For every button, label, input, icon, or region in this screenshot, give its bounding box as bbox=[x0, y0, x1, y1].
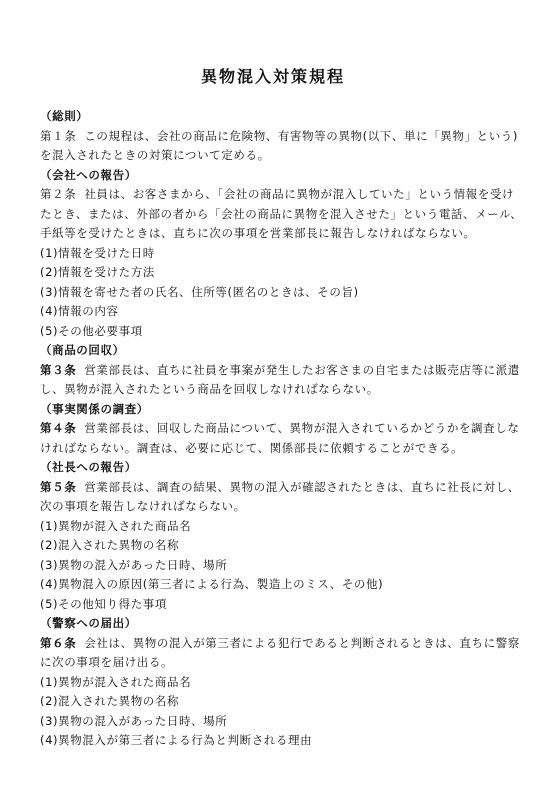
article-text-line: 次の事項を報告しなければならない。 bbox=[40, 497, 510, 517]
article-text-line: ければならない。調査は、必要に応じて、関係部長に依頼することができる。 bbox=[40, 439, 510, 459]
list-item: (2)混入された異物の名称 bbox=[40, 692, 510, 712]
article-section: （事実関係の調査）第４条営業部長は、回収した商品について、異物が混入されているか… bbox=[40, 400, 510, 459]
article-number: 第４条 bbox=[40, 419, 76, 439]
article-text: 手紙等を受けたときは、直ちに次の事項を営業部長に報告しなければならない。 bbox=[40, 226, 476, 240]
list-item: (1)異物が混入された商品名 bbox=[40, 517, 510, 537]
article-text: 営業部長は、回収した商品について、異物が混入されているかどうかを調査しな bbox=[84, 421, 519, 435]
list-item: (2)情報を受けた方法 bbox=[40, 263, 510, 283]
list-item: (2)混入された異物の名称 bbox=[40, 536, 510, 556]
article-text: 社員は、お客さまから、「会社の商品に異物が混入していた」という情報を受け bbox=[84, 187, 514, 201]
article-section: （商品の回収）第３条営業部長は、直ちに社員を事案が発生したお客さまの自宅または販… bbox=[40, 341, 510, 400]
article-text: 営業部長は、調査の結果、異物の混入が確認されたときは、直ちに社長に対し、 bbox=[84, 480, 520, 494]
list-item: (4)情報の内容 bbox=[40, 302, 510, 322]
list-item: (3)異物の混入があった日時、場所 bbox=[40, 556, 510, 576]
article-text: たとき、または、外部の者から「会社の商品に異物を混入させた」という電話、メール、 bbox=[40, 207, 522, 221]
article-heading: （総則） bbox=[40, 107, 510, 127]
article-text-line: を混入されたときの対策について定める。 bbox=[40, 146, 510, 166]
article-first-line: 第１条この規程は、会社の商品に危険物、有害物等の異物(以下、単に「異物」という) bbox=[40, 127, 510, 147]
article-text-line: し、異物が混入されたという商品を回収しなければならない。 bbox=[40, 380, 510, 400]
article-text: 次の事項を報告しなければならない。 bbox=[40, 499, 246, 513]
article-first-line: 第３条営業部長は、直ちに社員を事案が発生したお客さまの自宅または販売店等に派遣 bbox=[40, 361, 510, 381]
article-section: （警察への届出）第６条会社は、異物の混入が第三者による犯行であると判断されるとき… bbox=[40, 614, 510, 751]
list-item: (5)その他必要事項 bbox=[40, 322, 510, 342]
list-item: (5)その他知り得た事項 bbox=[40, 595, 510, 615]
article-first-line: 第６条会社は、異物の混入が第三者による犯行であると判断されるときは、直ちに警察 bbox=[40, 634, 510, 654]
document-body: （総則）第１条この規程は、会社の商品に危険物、有害物等の異物(以下、単に「異物」… bbox=[40, 107, 510, 751]
article-text-line: に次の事項を届け出る。 bbox=[40, 653, 510, 673]
article-text: 会社は、異物の混入が第三者による犯行であると判断されるときは、直ちに警察 bbox=[84, 636, 520, 650]
article-heading: （会社への報告） bbox=[40, 166, 510, 186]
article-section: （社長への報告）第５条営業部長は、調査の結果、異物の混入が確認されたときは、直ち… bbox=[40, 458, 510, 614]
article-number: 第５条 bbox=[40, 478, 76, 498]
article-number: 第２条 bbox=[40, 185, 76, 205]
list-item: (3)異物の混入があった日時、場所 bbox=[40, 712, 510, 732]
article-text-line: 手紙等を受けたときは、直ちに次の事項を営業部長に報告しなければならない。 bbox=[40, 224, 510, 244]
article-text: この規程は、会社の商品に危険物、有害物等の異物(以下、単に「異物」という) bbox=[84, 129, 518, 143]
article-text: ければならない。調査は、必要に応じて、関係部長に依頼することができる。 bbox=[40, 441, 463, 455]
article-text: し、異物が混入されたという商品を回収しなければならない。 bbox=[40, 382, 379, 396]
article-first-line: 第５条営業部長は、調査の結果、異物の混入が確認されたときは、直ちに社長に対し、 bbox=[40, 478, 510, 498]
article-number: 第３条 bbox=[40, 361, 76, 381]
article-number: 第１条 bbox=[40, 127, 76, 147]
article-text: 営業部長は、直ちに社員を事案が発生したお客さまの自宅または販売店等に派遣 bbox=[84, 363, 520, 377]
article-heading: （警察への届出） bbox=[40, 614, 510, 634]
list-item: (3)情報を寄せた者の氏名、住所等(匿名のときは、その旨) bbox=[40, 283, 510, 303]
article-text: に次の事項を届け出る。 bbox=[40, 655, 173, 669]
article-heading: （社長への報告） bbox=[40, 458, 510, 478]
article-section: （総則）第１条この規程は、会社の商品に危険物、有害物等の異物(以下、単に「異物」… bbox=[40, 107, 510, 166]
article-first-line: 第２条社員は、お客さまから、「会社の商品に異物が混入していた」という情報を受け bbox=[40, 185, 510, 205]
document-page: 異物混入対策規程 （総則）第１条この規程は、会社の商品に危険物、有害物等の異物(… bbox=[0, 0, 546, 794]
article-section: （会社への報告）第２条社員は、お客さまから、「会社の商品に異物が混入していた」と… bbox=[40, 166, 510, 342]
article-first-line: 第４条営業部長は、回収した商品について、異物が混入されているかどうかを調査しな bbox=[40, 419, 510, 439]
article-text: を混入されたときの対策について定める。 bbox=[40, 148, 270, 162]
article-heading: （商品の回収） bbox=[40, 341, 510, 361]
document-title: 異物混入対策規程 bbox=[0, 64, 546, 87]
article-number: 第６条 bbox=[40, 634, 76, 654]
list-item: (1)情報を受けた日時 bbox=[40, 244, 510, 264]
list-item: (4)異物混入が第三者による行為と判断される理由 bbox=[40, 731, 510, 751]
list-item: (1)異物が混入された商品名 bbox=[40, 673, 510, 693]
article-heading: （事実関係の調査） bbox=[40, 400, 510, 420]
list-item: (4)異物混入の原因(第三者による行為、製造上のミス、その他) bbox=[40, 575, 510, 595]
article-text-line: たとき、または、外部の者から「会社の商品に異物を混入させた」という電話、メール、 bbox=[40, 205, 510, 225]
